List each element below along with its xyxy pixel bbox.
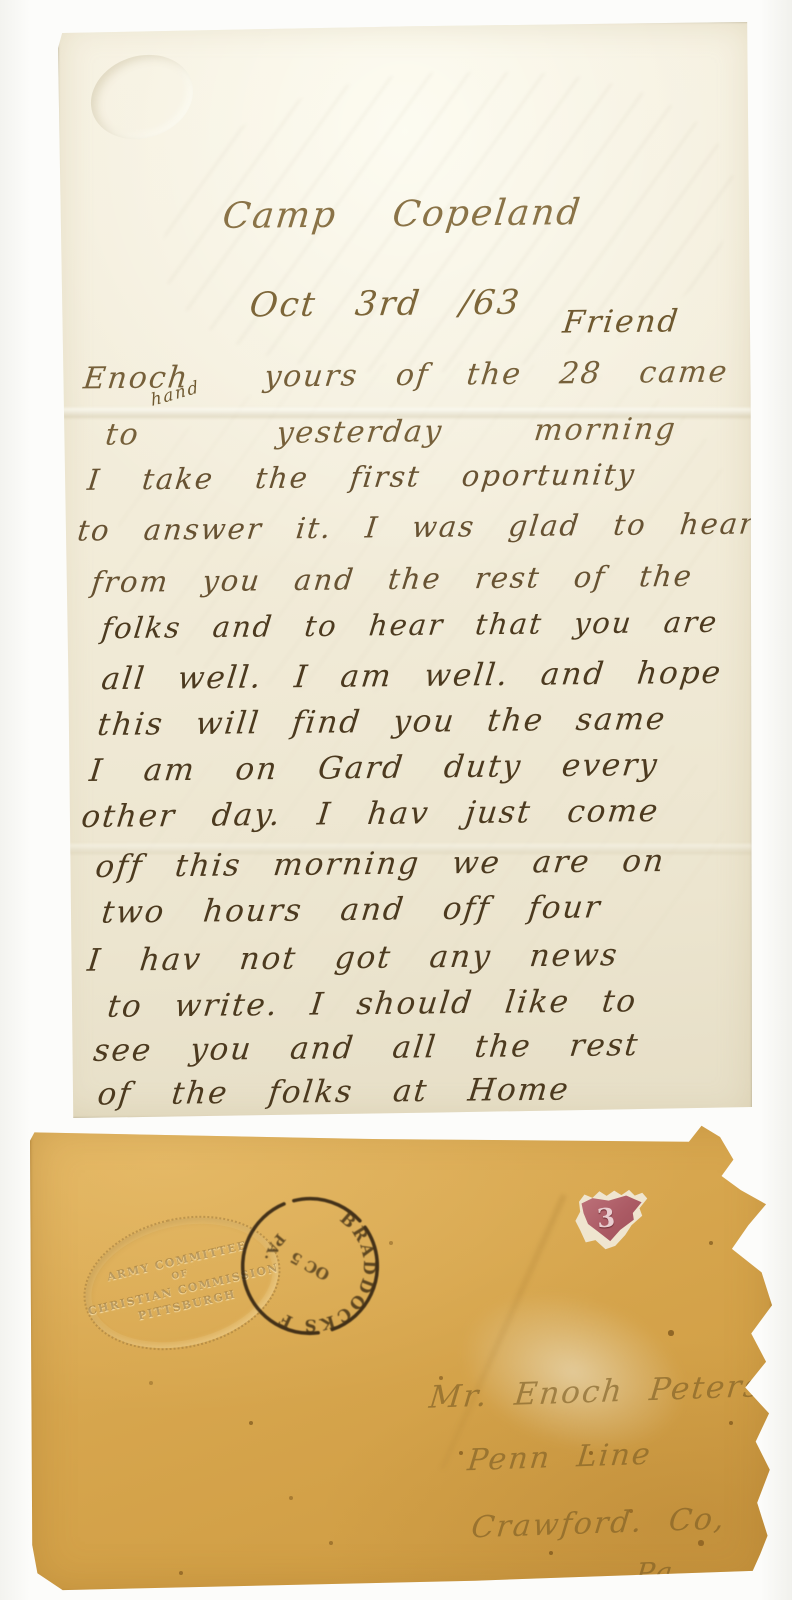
letter-line: of the folks at Home [96, 1072, 572, 1113]
letter-line: I am on Gard duty every [88, 747, 661, 789]
letter-line: to yesterday morning & [104, 410, 792, 452]
letter-line: from you and the rest of the [90, 559, 695, 599]
letter-dateline: Oct 3rd /63 [248, 283, 523, 326]
postage-stamp: 3 [573, 1187, 649, 1252]
postmark-date: OC 5 [287, 1248, 333, 1285]
letter-line: other day. I hav just come [80, 793, 662, 835]
letter-page: Camp Copeland Oct 3rd /63 Friend hand En… [58, 22, 752, 1118]
address-line-state: Pa, [634, 1555, 687, 1590]
letter-line: to write. I should like to [106, 983, 640, 1025]
letter-line: I take the first oportunity [86, 457, 638, 497]
svg-text:PA.: PA. [258, 1229, 290, 1268]
letter-line: see you and all the rest [92, 1027, 642, 1069]
foxing-speckles [30, 1122, 32, 1124]
letter-line: two hours and off four [100, 889, 604, 930]
embossed-mark [80, 42, 204, 152]
letter-salutation: Friend [561, 303, 682, 340]
letter-line: all well. I am well. and hope [100, 655, 725, 697]
address-line-county: Crawford. Co, [470, 1502, 728, 1546]
address-line-town: Penn Line [466, 1437, 654, 1478]
letter-line: off this morning we are on [94, 843, 668, 885]
letter-heading: Camp Copeland [220, 192, 583, 237]
stamp-fragment: 3 [580, 1194, 642, 1244]
scanned-letter-photo: Camp Copeland Oct 3rd /63 Friend hand En… [0, 0, 792, 1600]
letter-line: this will find you the same [96, 701, 669, 743]
letter-line: I hav not got any news [86, 937, 621, 979]
postmark-state: PA. [258, 1229, 290, 1268]
letter-line: Enoch yours of the 28 came [82, 355, 731, 397]
letter-line: to answer it. I was glad to hear [76, 506, 757, 547]
stamp-denomination: 3 [596, 1203, 617, 1234]
letter-line: folks and to hear that you are [100, 605, 721, 645]
postmark-icon: BRADDOCKS FIELDS PA. OC 5 [222, 1178, 398, 1354]
envelope: ARMY COMMITTEE OF CHRISTIAN COMMISSION P… [30, 1122, 772, 1592]
